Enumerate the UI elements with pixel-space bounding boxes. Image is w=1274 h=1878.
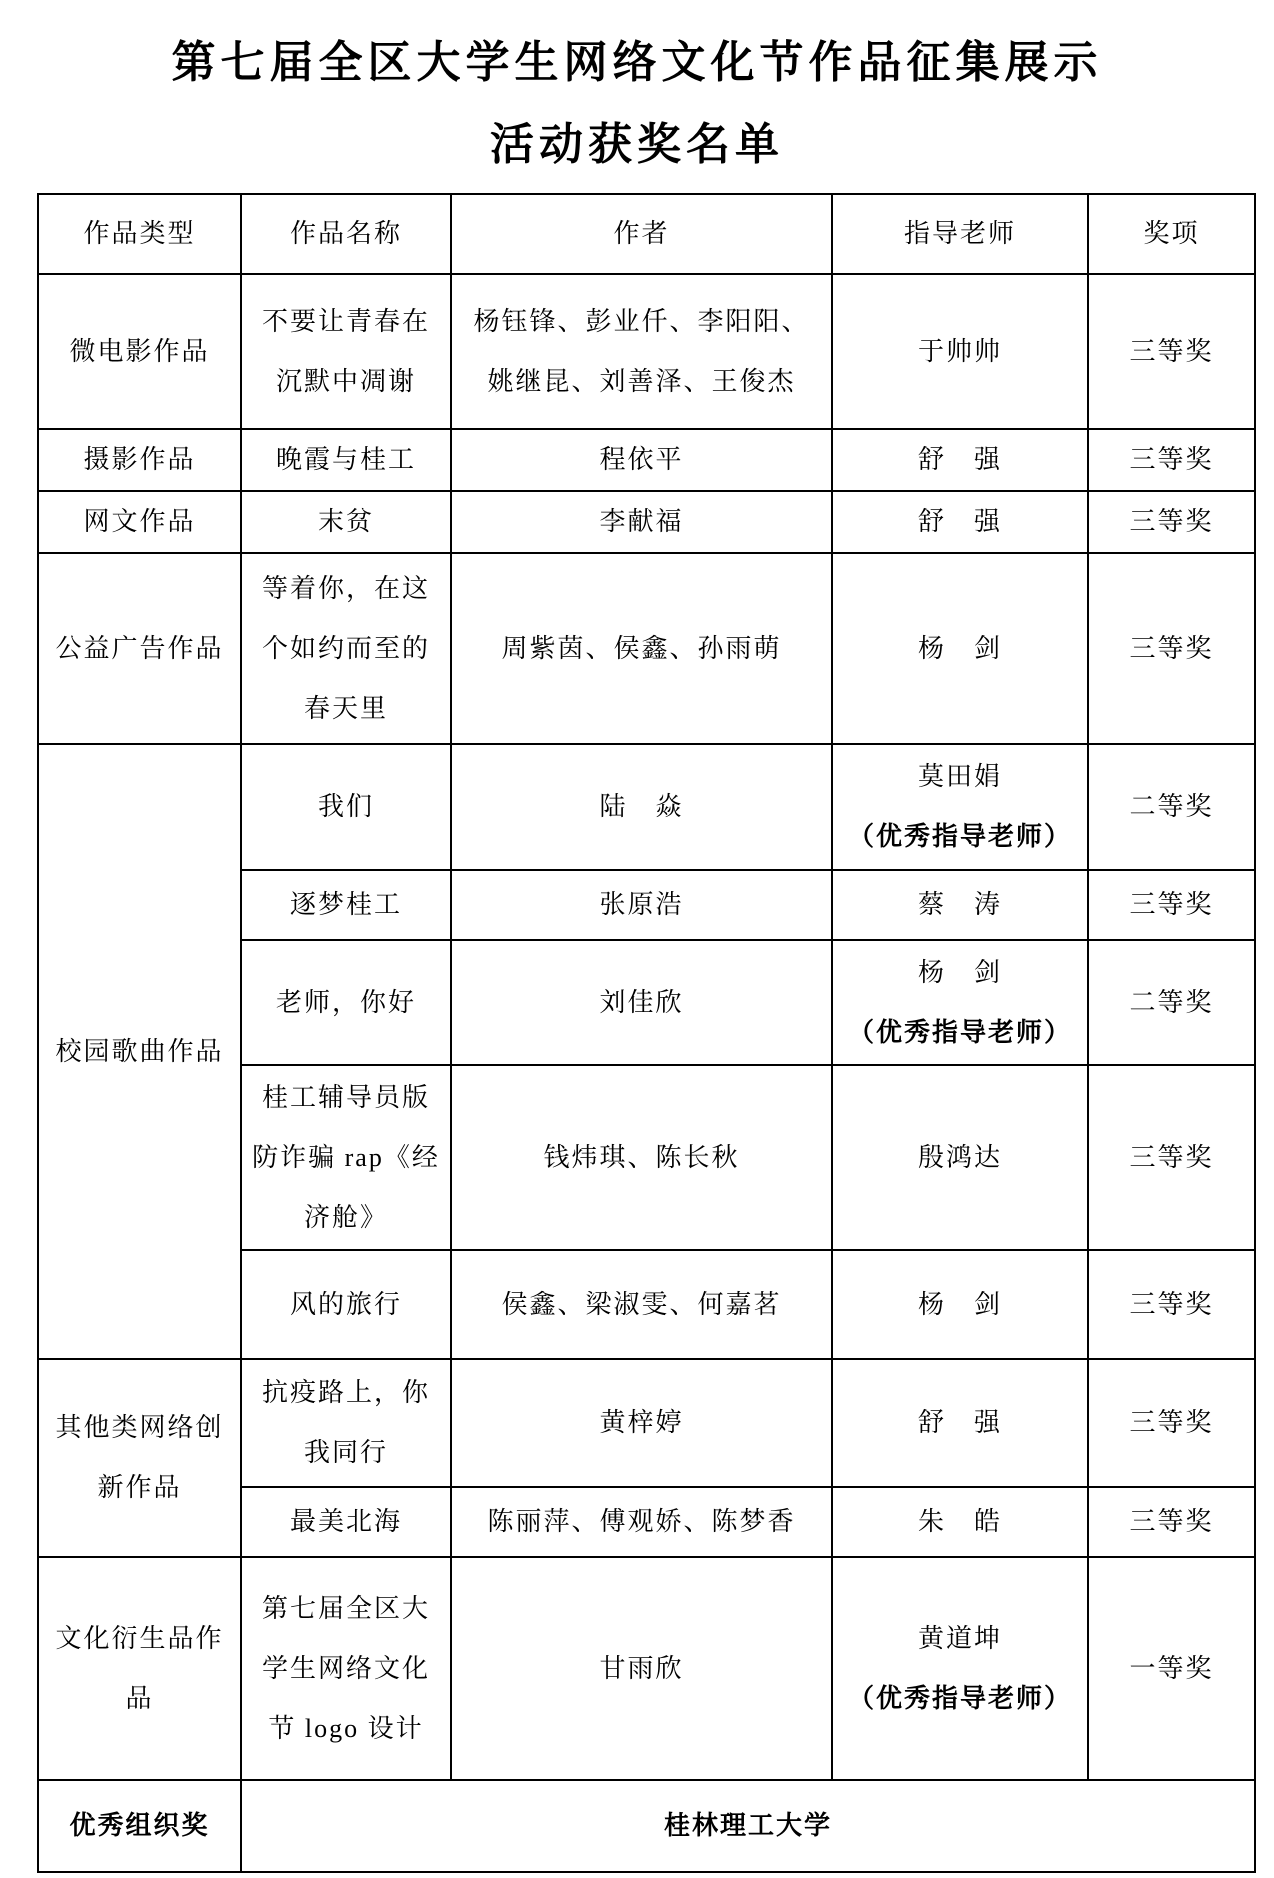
cell-authors: 甘雨欣: [451, 1557, 832, 1780]
cell-category: 文化衍生品作品: [38, 1557, 241, 1780]
cell-authors: 程依平: [451, 429, 832, 491]
page-title-line-1: 第七届全区大学生网络文化节作品征集展示: [0, 22, 1274, 104]
cell-work: 风的旅行: [241, 1250, 451, 1359]
teacher-note: （优秀指导老师）: [841, 807, 1079, 867]
cell-authors: 周紫茵、侯鑫、孙雨萌: [451, 553, 832, 744]
cell-work: 我们: [241, 744, 451, 870]
page-title-line-2: 活动获奖名单: [0, 104, 1274, 186]
cell-award: 三等奖: [1088, 553, 1255, 744]
cell-award: 二等奖: [1088, 940, 1255, 1065]
cell-organization: 桂林理工大学: [241, 1780, 1255, 1872]
cell-authors: 李献福: [451, 491, 832, 553]
cell-work: 第七届全区大学生网络文化节 logo 设计: [241, 1557, 451, 1780]
table-row: 文化衍生品作品 第七届全区大学生网络文化节 logo 设计 甘雨欣 黄道坤 （优…: [38, 1557, 1255, 1780]
header-row: 作品类型 作品名称 作者 指导老师 奖项: [38, 194, 1255, 274]
cell-teacher: 舒 强: [832, 1359, 1088, 1487]
teacher-note: （优秀指导老师）: [841, 1669, 1079, 1729]
document-title: 第七届全区大学生网络文化节作品征集展示 活动获奖名单: [0, 0, 1274, 186]
cell-work: 逐梦桂工: [241, 870, 451, 940]
header-teacher: 指导老师: [832, 194, 1088, 274]
cell-authors: 钱炜琪、陈长秋: [451, 1065, 832, 1250]
cell-teacher: 杨 剑 （优秀指导老师）: [832, 940, 1088, 1065]
header-category: 作品类型: [38, 194, 241, 274]
table-row: 微电影作品 不要让青春在沉默中凋谢 杨钰锋、彭业仟、李阳阳、姚继昆、刘善泽、王俊…: [38, 274, 1255, 429]
cell-authors: 刘佳欣: [451, 940, 832, 1065]
cell-teacher: 蔡 涛: [832, 870, 1088, 940]
table-row: 优秀组织奖 桂林理工大学: [38, 1780, 1255, 1872]
header-award: 奖项: [1088, 194, 1255, 274]
table-row: 摄影作品 晚霞与桂工 程依平 舒 强 三等奖: [38, 429, 1255, 491]
cell-work: 桂工辅导员版防诈骗 rap《经济舱》: [241, 1065, 451, 1250]
cell-award: 三等奖: [1088, 1487, 1255, 1557]
teacher-note: （优秀指导老师）: [841, 1003, 1079, 1063]
cell-teacher: 杨 剑: [832, 553, 1088, 744]
cell-authors: 陆 焱: [451, 744, 832, 870]
cell-award: 三等奖: [1088, 1065, 1255, 1250]
table-row: 网文作品 末贫 李献福 舒 强 三等奖: [38, 491, 1255, 553]
awards-table: 作品类型 作品名称 作者 指导老师 奖项 微电影作品 不要让青春在沉默中凋谢 杨…: [37, 193, 1256, 1873]
cell-teacher: 黄道坤 （优秀指导老师）: [832, 1557, 1088, 1780]
cell-award: 三等奖: [1088, 274, 1255, 429]
cell-category: 优秀组织奖: [38, 1780, 241, 1872]
table-row: 其他类网络创新作品 抗疫路上，你我同行 黄梓婷 舒 强 三等奖: [38, 1359, 1255, 1487]
cell-category: 公益广告作品: [38, 553, 241, 744]
cell-teacher: 于帅帅: [832, 274, 1088, 429]
cell-teacher: 朱 皓: [832, 1487, 1088, 1557]
table-row: 校园歌曲作品 我们 陆 焱 莫田娟 （优秀指导老师） 二等奖: [38, 744, 1255, 870]
document-page: 第七届全区大学生网络文化节作品征集展示 活动获奖名单 作品类型 作品名称 作者 …: [0, 0, 1274, 1873]
cell-award: 三等奖: [1088, 1250, 1255, 1359]
cell-award: 三等奖: [1088, 491, 1255, 553]
cell-category: 网文作品: [38, 491, 241, 553]
cell-authors: 侯鑫、梁淑雯、何嘉茗: [451, 1250, 832, 1359]
cell-authors: 陈丽萍、傅观娇、陈梦香: [451, 1487, 832, 1557]
cell-category: 其他类网络创新作品: [38, 1359, 241, 1557]
cell-category: 校园歌曲作品: [38, 744, 241, 1359]
cell-category: 微电影作品: [38, 274, 241, 429]
cell-teacher: 莫田娟 （优秀指导老师）: [832, 744, 1088, 870]
cell-work: 等着你，在这个如约而至的春天里: [241, 553, 451, 744]
cell-work: 老师，你好: [241, 940, 451, 1065]
teacher-name: 杨 剑: [841, 943, 1079, 1003]
header-authors: 作者: [451, 194, 832, 274]
cell-teacher: 舒 强: [832, 491, 1088, 553]
cell-authors: 杨钰锋、彭业仟、李阳阳、姚继昆、刘善泽、王俊杰: [451, 274, 832, 429]
cell-work: 末贫: [241, 491, 451, 553]
table-row: 公益广告作品 等着你，在这个如约而至的春天里 周紫茵、侯鑫、孙雨萌 杨 剑 三等…: [38, 553, 1255, 744]
cell-authors: 黄梓婷: [451, 1359, 832, 1487]
cell-work: 晚霞与桂工: [241, 429, 451, 491]
cell-award: 二等奖: [1088, 744, 1255, 870]
cell-award: 三等奖: [1088, 1359, 1255, 1487]
cell-award: 一等奖: [1088, 1557, 1255, 1780]
cell-category: 摄影作品: [38, 429, 241, 491]
cell-award: 三等奖: [1088, 429, 1255, 491]
header-work: 作品名称: [241, 194, 451, 274]
cell-work: 不要让青春在沉默中凋谢: [241, 274, 451, 429]
cell-work: 抗疫路上，你我同行: [241, 1359, 451, 1487]
cell-award: 三等奖: [1088, 870, 1255, 940]
teacher-name: 黄道坤: [841, 1609, 1079, 1669]
cell-authors: 张原浩: [451, 870, 832, 940]
cell-work: 最美北海: [241, 1487, 451, 1557]
teacher-name: 莫田娟: [841, 747, 1079, 807]
cell-teacher: 殷鸿达: [832, 1065, 1088, 1250]
cell-teacher: 舒 强: [832, 429, 1088, 491]
cell-teacher: 杨 剑: [832, 1250, 1088, 1359]
